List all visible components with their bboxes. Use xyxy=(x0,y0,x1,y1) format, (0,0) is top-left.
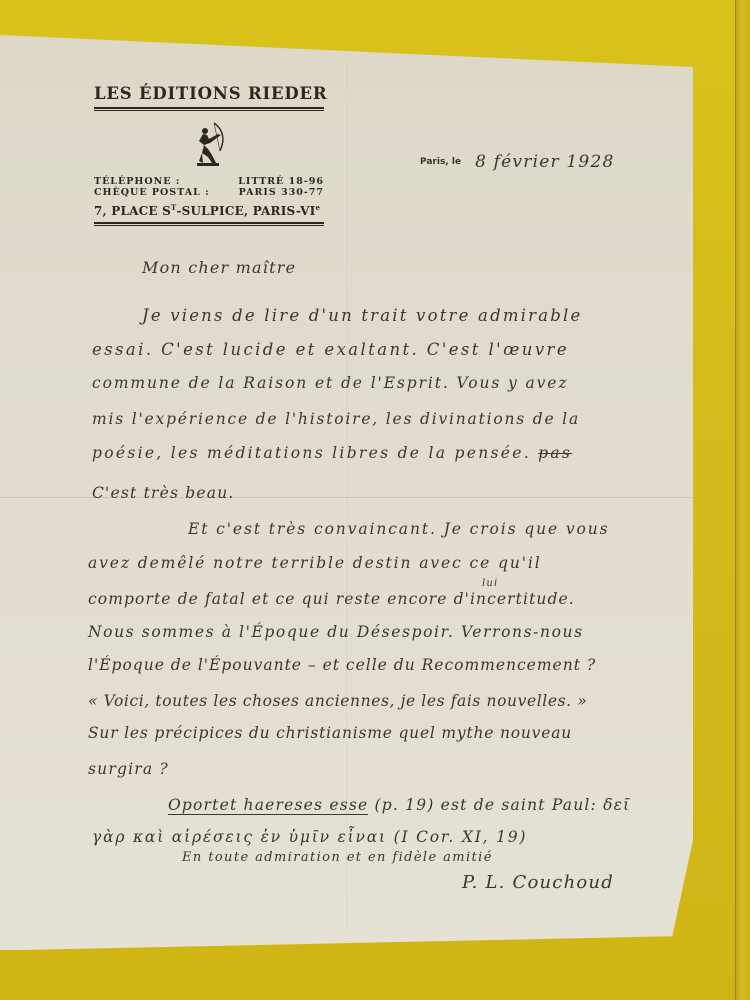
body-line: C'est très beau. xyxy=(92,484,235,502)
telephone-line: TÉLÉPHONE : LITTRÉ 18-96 xyxy=(94,176,324,187)
letterhead-rule-bottom xyxy=(94,222,324,226)
salutation: Mon cher maître xyxy=(142,258,296,277)
archer-icon xyxy=(190,119,230,169)
body-line: Et c'est très convaincant. Je crois que … xyxy=(188,520,610,538)
body-line: comporte de fatal et ce qui reste encore… xyxy=(88,590,575,608)
body-line: Je viens de lire d'un trait votre admira… xyxy=(142,306,583,325)
postal-value: PARIS 330-77 xyxy=(239,187,324,198)
backdrop-edge xyxy=(735,0,750,1000)
body-line: « Voici, toutes les choses anciennes, je… xyxy=(88,692,587,710)
postal-label: CHÈQUE POSTAL : xyxy=(94,187,210,198)
body-line: Sur les précipices du christianisme quel… xyxy=(88,724,572,742)
address-sup: e xyxy=(315,203,320,212)
letterhead: LES ÉDITIONS RIEDER TÉLÉPHONE : LITTRÉ 1… xyxy=(94,84,324,226)
closing-line: En toute admiration et en fidèle amitié xyxy=(182,850,493,865)
body-line: mis l'expérience de l'histoire, les divi… xyxy=(92,410,580,428)
body-line: Nous sommes à l'Époque du Désespoir. Ver… xyxy=(88,623,584,641)
telephone-value: LITTRÉ 18-96 xyxy=(238,176,324,187)
struck-word: pas xyxy=(538,444,572,462)
body-line: poésie, les méditations libres de la pen… xyxy=(92,444,572,462)
body-line: l'Époque de l'Épouvante – et celle du Re… xyxy=(88,656,596,674)
signature: P. L. Couchoud xyxy=(462,872,614,893)
telephone-label: TÉLÉPHONE : xyxy=(94,176,180,187)
greek-line: γὰρ καὶ αἱρέσεις ἐν ὑμῖν εἶναι (I Cor. X… xyxy=(92,828,527,846)
date-line: Paris, le 8 février 1928 xyxy=(420,152,614,172)
quote-line: Oportet haereses esse (p. 19) est de sai… xyxy=(168,796,630,814)
body-line: commune de la Raison et de l'Esprit. Vou… xyxy=(92,374,568,392)
publisher-address: 7, PLACE ST-SULPICE, PARIS-VIe xyxy=(94,203,324,218)
address-part: -SULPICE, PARIS-VI xyxy=(176,204,315,218)
body-line: avez demêlé notre terrible destin avec c… xyxy=(88,554,542,572)
date-handwritten: 8 février 1928 xyxy=(475,152,614,172)
address-part: 7, PLACE S xyxy=(94,204,171,218)
latin-quote: Oportet haereses esse xyxy=(168,796,368,815)
interlinear-insertion: lui xyxy=(482,578,498,589)
date-printed-label: Paris, le xyxy=(420,157,461,167)
body-text: (p. 19) est de saint Paul: δεῖ xyxy=(375,796,631,814)
body-line: surgira ? xyxy=(88,760,169,778)
publisher-name: LES ÉDITIONS RIEDER xyxy=(94,84,324,103)
letterhead-rule-top xyxy=(94,107,324,111)
body-line: essai. C'est lucide et exaltant. C'est l… xyxy=(92,340,569,359)
postal-line: CHÈQUE POSTAL : PARIS 330-77 xyxy=(94,187,324,198)
body-text: poésie, les méditations libres de la pen… xyxy=(92,444,531,462)
